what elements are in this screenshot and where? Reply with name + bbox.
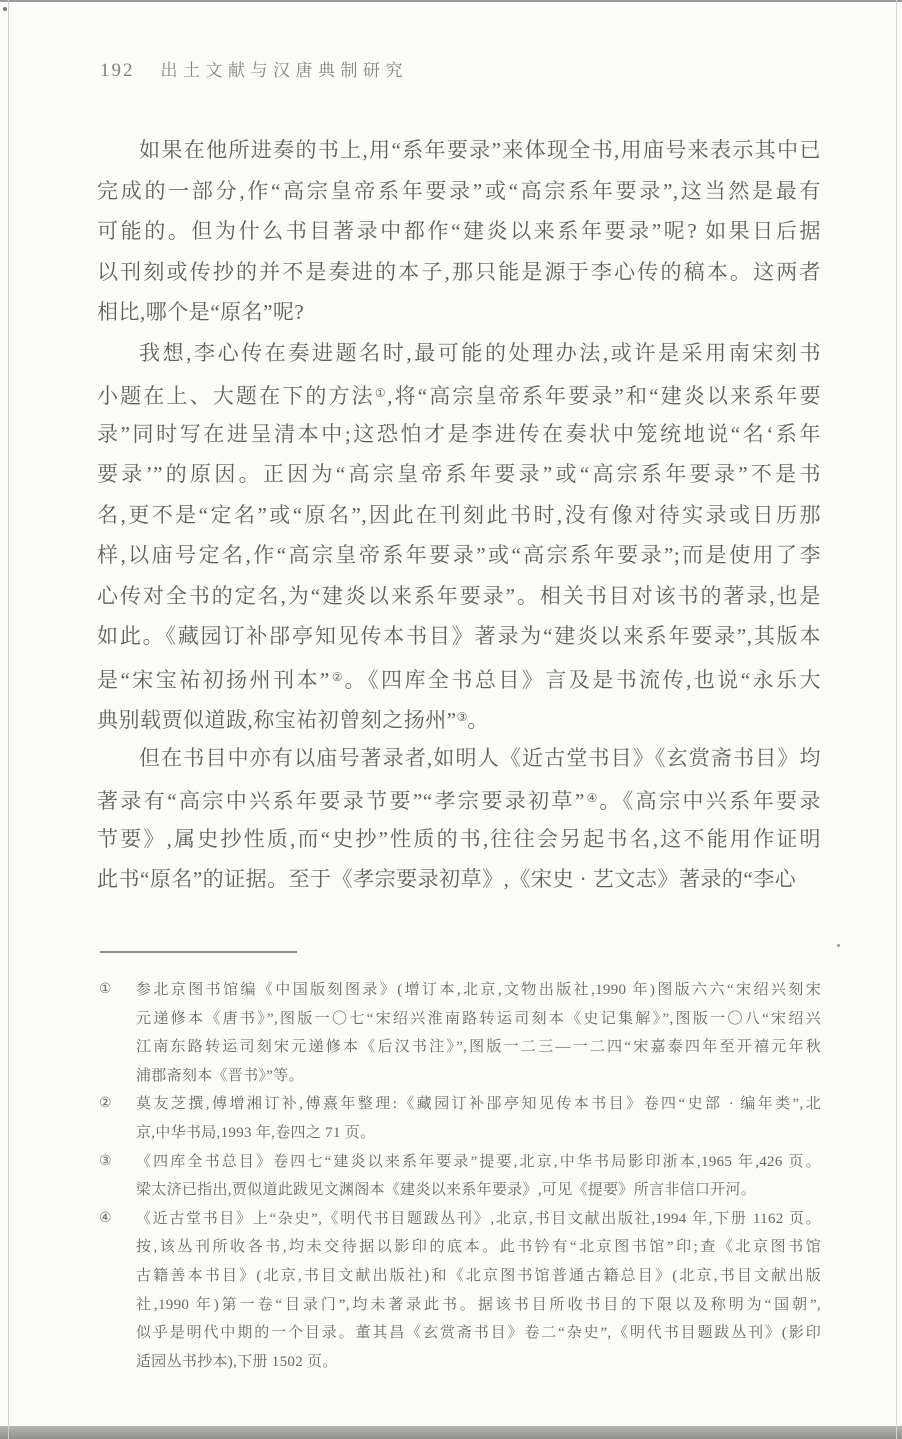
body-line: 但在书目中亦有以庙号著录者,如明人《近古堂书目》《玄赏斋书目》均 bbox=[97, 738, 821, 779]
footnote-item: ②莫友芝撰,傅增湘订补,傅熹年整理:《藏园订补郘亭知见传本书目》卷四“史部 · … bbox=[99, 1090, 821, 1147]
body-line: 节要》,属史抄性质,而“史抄”性质的书,往往会另起书名,这不能用作证明 bbox=[97, 819, 821, 860]
scan-edge-bottom bbox=[0, 1426, 902, 1439]
body-line: 可能的。但为什么书目著录中都作“建炎以来系年要录”呢? 如果日后据 bbox=[97, 211, 821, 252]
footnotes: ①参北京图书馆编《中国版刻图录》(增订本,北京,文物出版社,1990 年)图版六… bbox=[99, 976, 821, 1376]
body-line: 如此。《藏园订补郘亭知见传本书目》著录为“建炎以来系年要录”,其版本 bbox=[97, 616, 821, 657]
scan-edge-top bbox=[0, 0, 902, 2]
footnote-line: 按,该丛刊所收各书,均未交待据以影印的底本。此书钤有“北京图书馆”印;查《北京图… bbox=[136, 1233, 821, 1262]
footnote-line: 适园丛书抄本),下册 1502 页。 bbox=[136, 1348, 821, 1377]
body-line: 名,更不是“定名”或“原名”,因此在刊刻此书时,没有像对待实录或日历那 bbox=[97, 495, 821, 536]
page-number: 192 bbox=[100, 60, 135, 81]
footnote-separator bbox=[100, 951, 297, 953]
footnote-item: ①参北京图书馆编《中国版刻图录》(增订本,北京,文物出版社,1990 年)图版六… bbox=[99, 976, 821, 1090]
footnote-body: 《近古堂书目》上“杂史”,《明代书目题跋丛刊》,北京,书目文献出版社,1994 … bbox=[136, 1205, 821, 1377]
body-line: 我想,李心传在奏进题名时,最可能的处理办法,或许是采用南宋刻书 bbox=[97, 333, 821, 374]
footnote-line: 浦郡斋刻本《晋书》”等。 bbox=[136, 1062, 821, 1091]
footnote-body: 《四库全书总目》卷四七“建炎以来系年要录”提要,北京,中华书局影印浙本,1965… bbox=[136, 1148, 821, 1205]
footnote-line: 古籍善本书目》(北京,书目文献出版社)和《北京图书馆普通古籍总目》(北京,书目文… bbox=[136, 1262, 821, 1291]
footnote-line: 《近古堂书目》上“杂史”,《明代书目题跋丛刊》,北京,书目文献出版社,1994 … bbox=[136, 1205, 821, 1234]
body-line: 样,以庙号定名,作“高宗皇帝系年要录”或“高宗系年要录”;而是使用了李 bbox=[97, 535, 821, 576]
footnote-item: ③《四库全书总目》卷四七“建炎以来系年要录”提要,北京,中华书局影印浙本,196… bbox=[99, 1148, 821, 1205]
footnote-body: 参北京图书馆编《中国版刻图录》(增订本,北京,文物出版社,1990 年)图版六六… bbox=[136, 976, 821, 1090]
body-text: 如果在他所进奏的书上,用“系年要录”来体现全书,用庙号来表示其中已完成的一部分,… bbox=[97, 130, 821, 900]
scan-edge-right bbox=[896, 0, 897, 1439]
scan-speck bbox=[3, 7, 7, 11]
body-line: 完成的一部分,作“高宗皇帝系年要录”或“高宗系年要录”,这当然是最有 bbox=[97, 171, 821, 212]
footnote-body: 莫友芝撰,傅增湘订补,傅熹年整理:《藏园订补郘亭知见传本书目》卷四“史部 · 编… bbox=[136, 1090, 821, 1147]
body-line: 以刊刻或传抄的并不是奏进的本子,那只能是源于李心传的稿本。这两者 bbox=[97, 252, 821, 293]
running-head: 192出土文献与汉唐典制研究 bbox=[100, 56, 408, 82]
footnote-marker: ② bbox=[99, 1090, 136, 1147]
body-line: 小题在上、大题在下的方法①,将“高宗皇帝系年要录”和“建炎以来系年要 bbox=[97, 373, 821, 414]
body-line: 录”同时写在进呈清本中;这恐怕才是李进传在奏状中笼统地说“名‘系年 bbox=[97, 414, 821, 455]
body-line: 典别载贾似道跋,称宝祐初曾刻之扬州”③。 bbox=[97, 697, 821, 738]
body-line: 是“宋宝祐初扬州刊本”②。《四库全书总目》言及是书流传,也说“永乐大 bbox=[97, 657, 821, 698]
footnote-line: 似乎是明代中期的一个目录。董其昌《玄赏斋书目》卷二“杂史”,《明代书目题跋丛刊》… bbox=[136, 1319, 821, 1348]
body-line: 要录’”的原因。正因为“高宗皇帝系年要录”或“高宗系年要录”不是书 bbox=[97, 454, 821, 495]
footnote-line: 《四库全书总目》卷四七“建炎以来系年要录”提要,北京,中华书局影印浙本,1965… bbox=[136, 1148, 821, 1177]
body-line: 心传对全书的定名,为“建炎以来系年要录”。相关书目对该书的著录,也是 bbox=[97, 576, 821, 617]
footnote-line: 莫友芝撰,傅增湘订补,傅熹年整理:《藏园订补郘亭知见传本书目》卷四“史部 · 编… bbox=[136, 1090, 821, 1119]
body-line: 相比,哪个是“原名”呢? bbox=[97, 292, 821, 333]
body-line: 此书“原名”的证据。至于《孝宗要录初草》,《宋史 · 艺文志》著录的“李心 bbox=[97, 859, 821, 900]
body-line: 著录有“高宗中兴系年要录节要”“孝宗要录初草”④。《高宗中兴系年要录 bbox=[97, 778, 821, 819]
footnote-line: 社,1990 年)第一卷“目录门”,均未著录此书。据该书目所收书目的下限以及称明… bbox=[136, 1291, 821, 1320]
footnote-marker: ③ bbox=[99, 1148, 136, 1205]
footnote-marker: ① bbox=[99, 976, 136, 1090]
footnote-line: 参北京图书馆编《中国版刻图录》(增订本,北京,文物出版社,1990 年)图版六六… bbox=[136, 976, 821, 1005]
footnote-line: 梁太济已指出,贾似道此跋见文渊阁本《建炎以来系年要录》,可见《提要》所言非信口开… bbox=[136, 1176, 821, 1205]
scan-speck bbox=[837, 944, 840, 947]
running-title: 出土文献与汉唐典制研究 bbox=[161, 61, 409, 80]
footnote-marker: ④ bbox=[99, 1205, 136, 1377]
footnote-line: 江南东路转运司刻宋元递修本《后汉书注》”,图版一二三—一二四“宋嘉泰四年至开禧元… bbox=[136, 1033, 821, 1062]
footnote-line: 元递修本《唐书》”,图版一〇七“宋绍兴淮南路转运司刻本《史记集解》”,图版一〇八… bbox=[136, 1005, 821, 1034]
footnote-line: 京,中华书局,1993 年,卷四之 71 页。 bbox=[136, 1119, 821, 1148]
body-line: 如果在他所进奏的书上,用“系年要录”来体现全书,用庙号来表示其中已 bbox=[97, 130, 821, 171]
footnote-item: ④《近古堂书目》上“杂史”,《明代书目题跋丛刊》,北京,书目文献出版社,1994… bbox=[99, 1205, 821, 1377]
scan-edge-left bbox=[8, 0, 9, 1439]
